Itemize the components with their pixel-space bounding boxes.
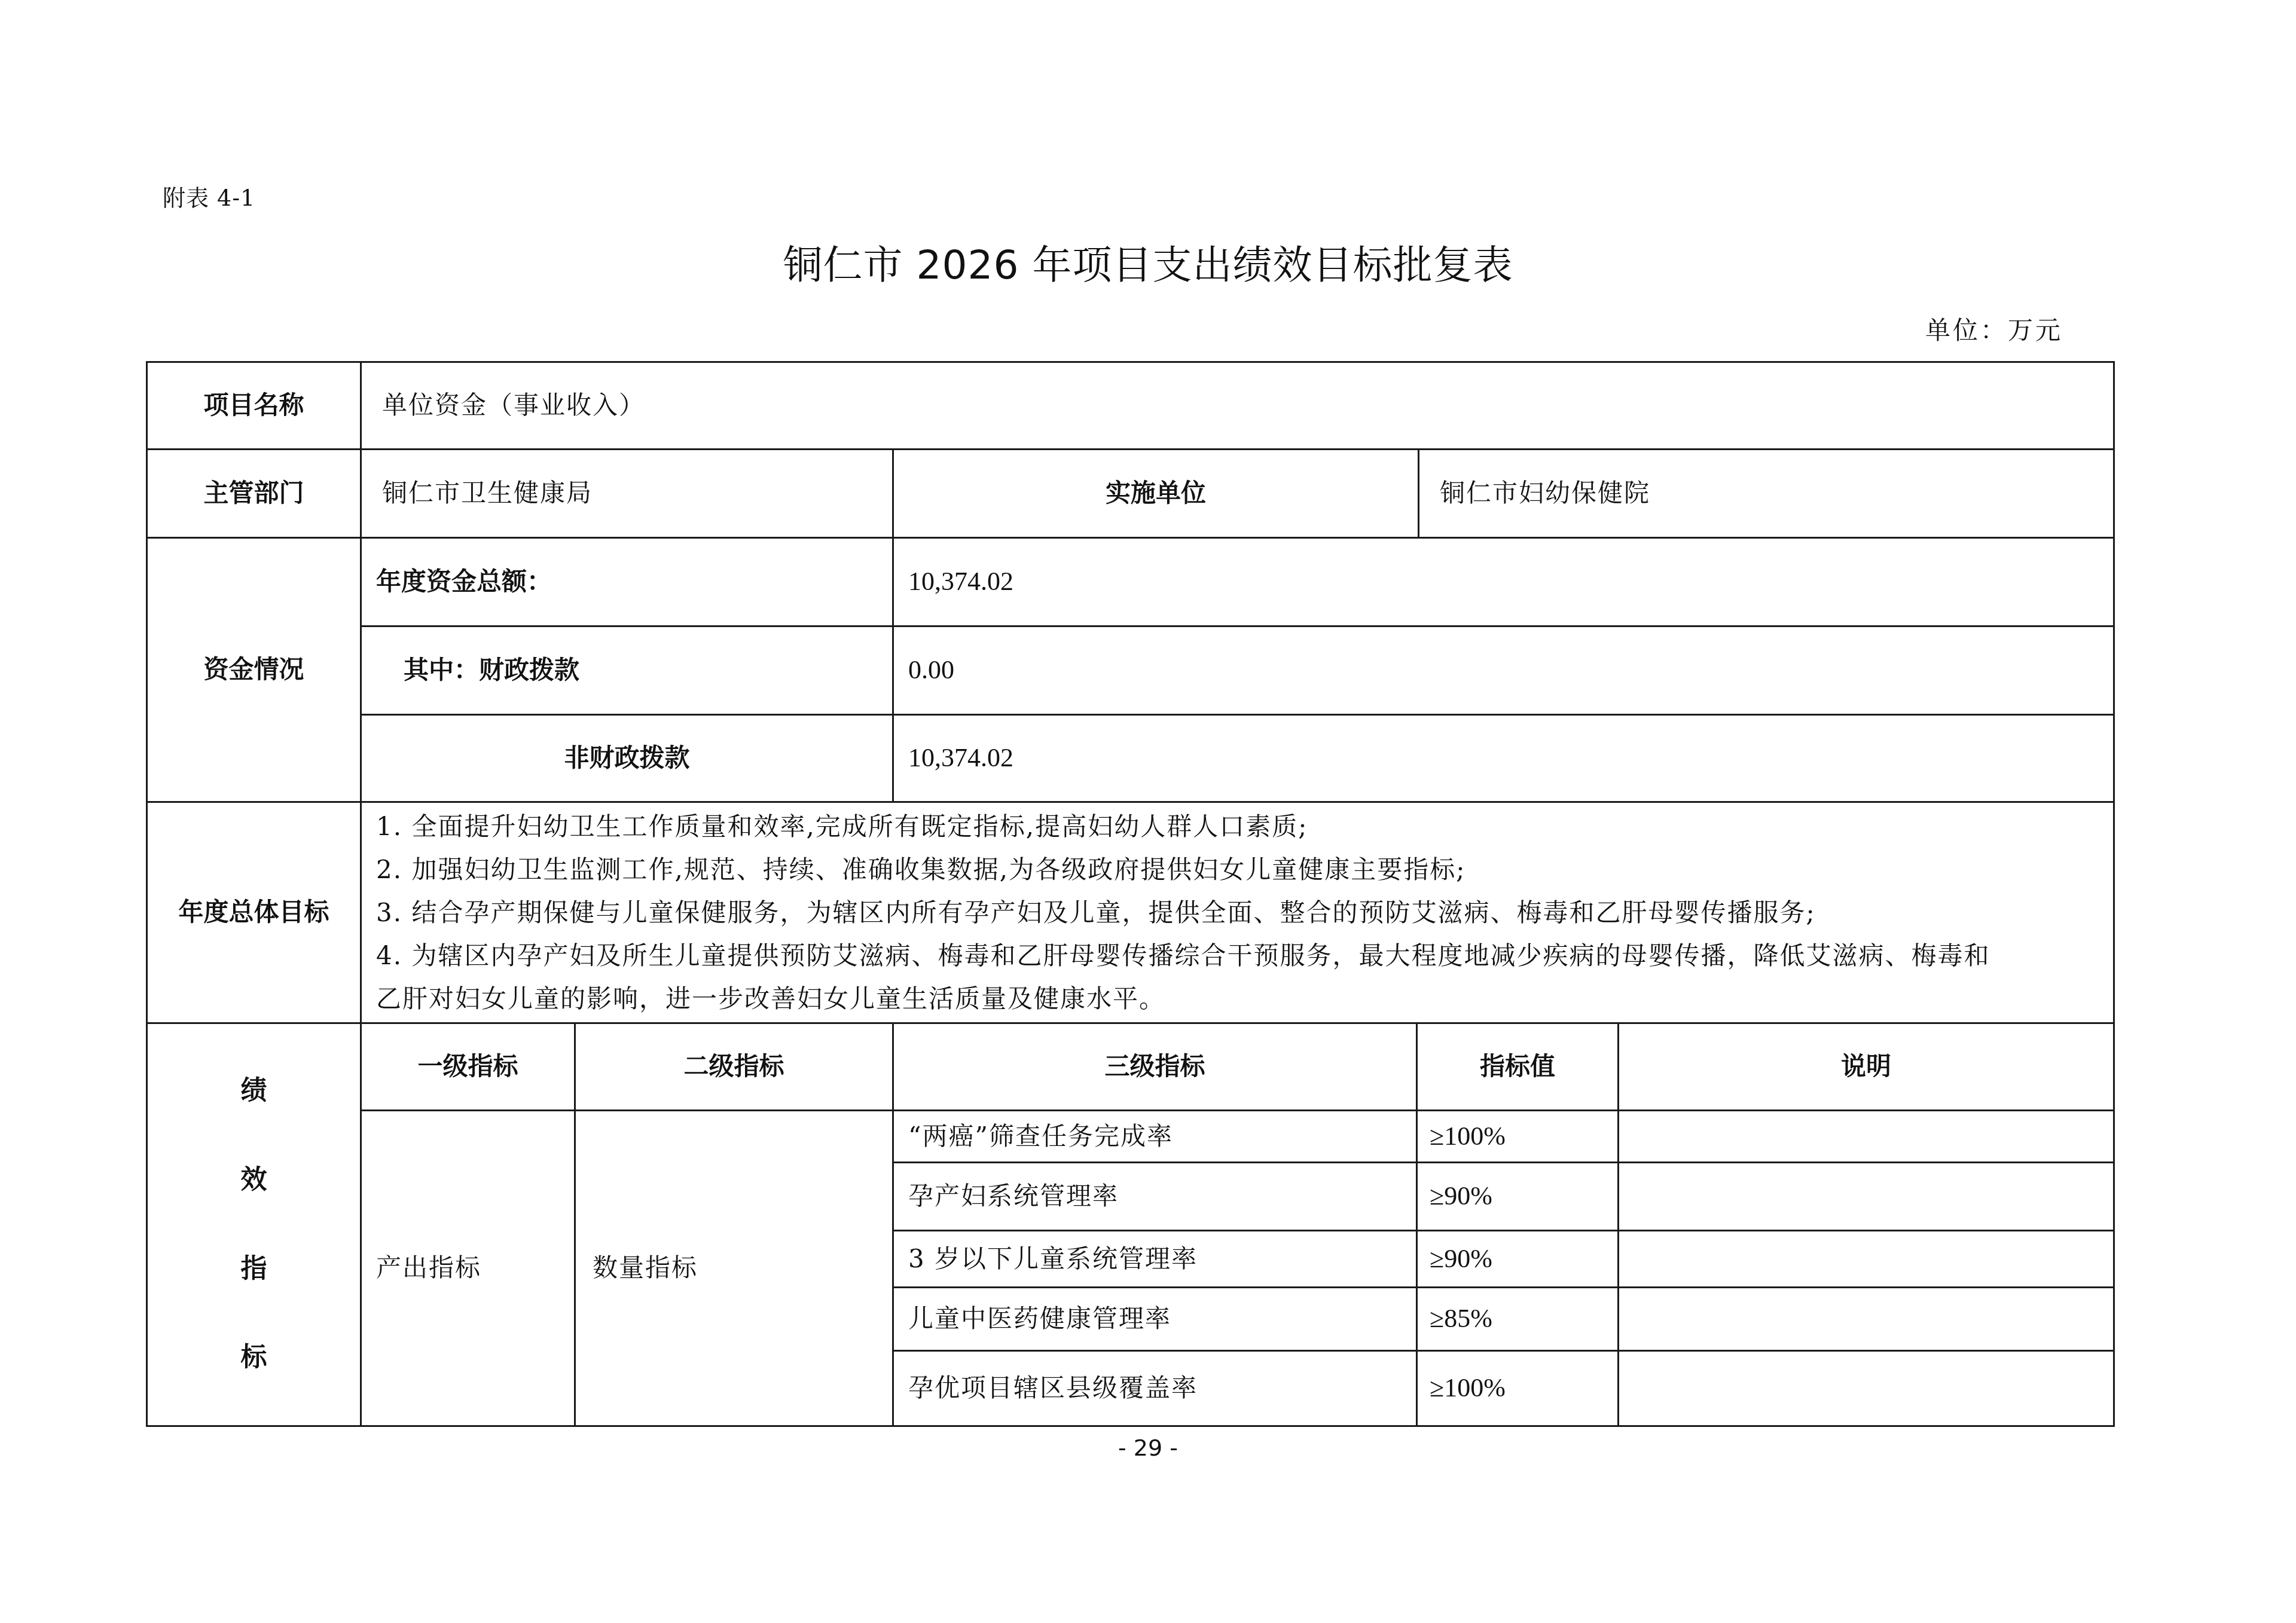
funding-nonfiscal-label: 非财政拨款 xyxy=(360,714,894,803)
impl-label-text: 实施单位 xyxy=(1106,478,1206,508)
project-name-value-text: 单位资金（事业收入） xyxy=(382,390,645,420)
level3-text: “两癌”筛查任务完成率 xyxy=(908,1121,1173,1151)
project-name-label: 项目名称 xyxy=(146,361,362,450)
impl-value-text: 铜仁市妇幼保健院 xyxy=(1440,478,1650,508)
value-text: ≥85% xyxy=(1430,1303,1492,1335)
header-value: 指标值 xyxy=(1416,1022,1619,1111)
funding-fiscal-label: 其中：财政拨款 xyxy=(360,625,894,716)
table-row-note xyxy=(1617,1109,2115,1163)
table-row-value: ≥85% xyxy=(1416,1286,1619,1352)
funding-total-value-text: 10,374.02 xyxy=(908,566,1013,598)
header-level1-text: 一级指标 xyxy=(417,1052,518,1081)
goal-line: 4. 为辖区内孕产妇及所生儿童提供预防艾滋病、梅毒和乙肝母婴传播综合干预服务，最… xyxy=(376,934,1990,977)
annual-goals-label-text: 年度总体目标 xyxy=(178,897,329,927)
project-name-label-text: 项目名称 xyxy=(203,390,304,420)
funding-section-label-text: 资金情况 xyxy=(203,655,304,684)
level2-value-text: 数量指标 xyxy=(593,1253,698,1283)
funding-total-label-text: 年度资金总额： xyxy=(376,567,552,597)
level3-text: 孕优项目辖区县级覆盖率 xyxy=(908,1373,1198,1403)
impl-value: 铜仁市妇幼保健院 xyxy=(1418,448,2115,539)
goal-line: 乙肝对妇女儿童的影响，进一步改善妇女儿童生活质量及健康水平。 xyxy=(376,977,1165,1020)
header-value-text: 指标值 xyxy=(1480,1052,1555,1081)
indicators-label-char: 标 xyxy=(241,1342,267,1374)
annual-goals-content: 1. 全面提升妇幼卫生工作质量和效率,完成所有既定指标,提高妇幼人群人口素质; … xyxy=(360,801,2115,1024)
table-row-level3: “两癌”筛查任务完成率 xyxy=(892,1109,1418,1163)
dept-label: 主管部门 xyxy=(146,448,362,539)
table-row-note xyxy=(1617,1230,2115,1288)
level1-output-indicator: 产出指标 xyxy=(360,1109,576,1427)
funding-fiscal-value-text: 0.00 xyxy=(908,655,954,686)
dept-value: 铜仁市卫生健康局 xyxy=(360,448,894,539)
goal-line: 3. 结合孕产期保健与儿童保健服务，为辖区内所有孕产妇及儿童，提供全面、整合的预… xyxy=(376,891,1816,934)
value-text: ≥100% xyxy=(1430,1121,1506,1153)
funding-nonfiscal-value-text: 10,374.02 xyxy=(908,742,1013,774)
table-row-value: ≥90% xyxy=(1416,1162,1619,1231)
value-text: ≥90% xyxy=(1430,1181,1492,1212)
project-name-value: 单位资金（事业收入） xyxy=(360,361,2115,450)
level2-quantity-indicator: 数量指标 xyxy=(574,1109,894,1427)
performance-target-table: 项目名称 单位资金（事业收入） 主管部门 铜仁市卫生健康局 实施单位 铜仁市妇幼… xyxy=(0,0,2296,1623)
dept-label-text: 主管部门 xyxy=(203,478,304,508)
level3-text: 3 岁以下儿童系统管理率 xyxy=(908,1244,1198,1274)
indicators-section-label: 绩 效 指 标 xyxy=(146,1022,362,1427)
value-text: ≥90% xyxy=(1430,1243,1492,1275)
page-number: - 29 - xyxy=(0,1435,2296,1461)
indicators-label-char: 绩 xyxy=(241,1075,267,1107)
funding-total-label: 年度资金总额： xyxy=(360,537,894,627)
level3-text: 儿童中医药健康管理率 xyxy=(908,1304,1171,1334)
table-row-note xyxy=(1617,1350,2115,1427)
funding-nonfiscal-label-text: 非财政拨款 xyxy=(564,743,689,773)
annual-goals-label: 年度总体目标 xyxy=(146,801,362,1024)
level3-text: 孕产妇系统管理率 xyxy=(908,1181,1119,1211)
funding-fiscal-value: 0.00 xyxy=(892,625,2115,716)
table-row-value: ≥100% xyxy=(1416,1350,1619,1427)
table-row-value: ≥100% xyxy=(1416,1109,1619,1163)
dept-value-text: 铜仁市卫生健康局 xyxy=(382,478,593,508)
goal-line: 1. 全面提升妇幼卫生工作质量和效率,完成所有既定指标,提高妇幼人群人口素质; xyxy=(376,805,1308,848)
header-level2-text: 二级指标 xyxy=(683,1052,784,1081)
level1-value-text: 产出指标 xyxy=(376,1253,481,1283)
indicators-label-char: 效 xyxy=(241,1164,267,1196)
header-level3: 三级指标 xyxy=(892,1022,1418,1111)
table-row-level3: 儿童中医药健康管理率 xyxy=(892,1286,1418,1352)
indicators-label-char: 指 xyxy=(241,1254,267,1285)
funding-nonfiscal-value: 10,374.02 xyxy=(892,714,2115,803)
header-note: 说明 xyxy=(1617,1022,2115,1111)
funding-fiscal-label-text: 其中：财政拨款 xyxy=(404,655,579,685)
value-text: ≥100% xyxy=(1430,1373,1506,1404)
table-row-note xyxy=(1617,1162,2115,1231)
table-row-level3: 孕优项目辖区县级覆盖率 xyxy=(892,1350,1418,1427)
impl-label: 实施单位 xyxy=(892,448,1419,539)
funding-section-label: 资金情况 xyxy=(146,537,362,803)
header-level1: 一级指标 xyxy=(360,1022,576,1111)
goal-line: 2. 加强妇幼卫生监测工作,规范、持续、准确收集数据,为各级政府提供妇女儿童健康… xyxy=(376,848,1465,891)
table-row-note xyxy=(1617,1286,2115,1352)
table-row-value: ≥90% xyxy=(1416,1230,1619,1288)
header-note-text: 说明 xyxy=(1841,1052,1891,1081)
header-level2: 二级指标 xyxy=(574,1022,894,1111)
table-row-level3: 孕产妇系统管理率 xyxy=(892,1162,1418,1231)
funding-total-value: 10,374.02 xyxy=(892,537,2115,627)
table-row-level3: 3 岁以下儿童系统管理率 xyxy=(892,1230,1418,1288)
header-level3-text: 三级指标 xyxy=(1104,1052,1205,1081)
